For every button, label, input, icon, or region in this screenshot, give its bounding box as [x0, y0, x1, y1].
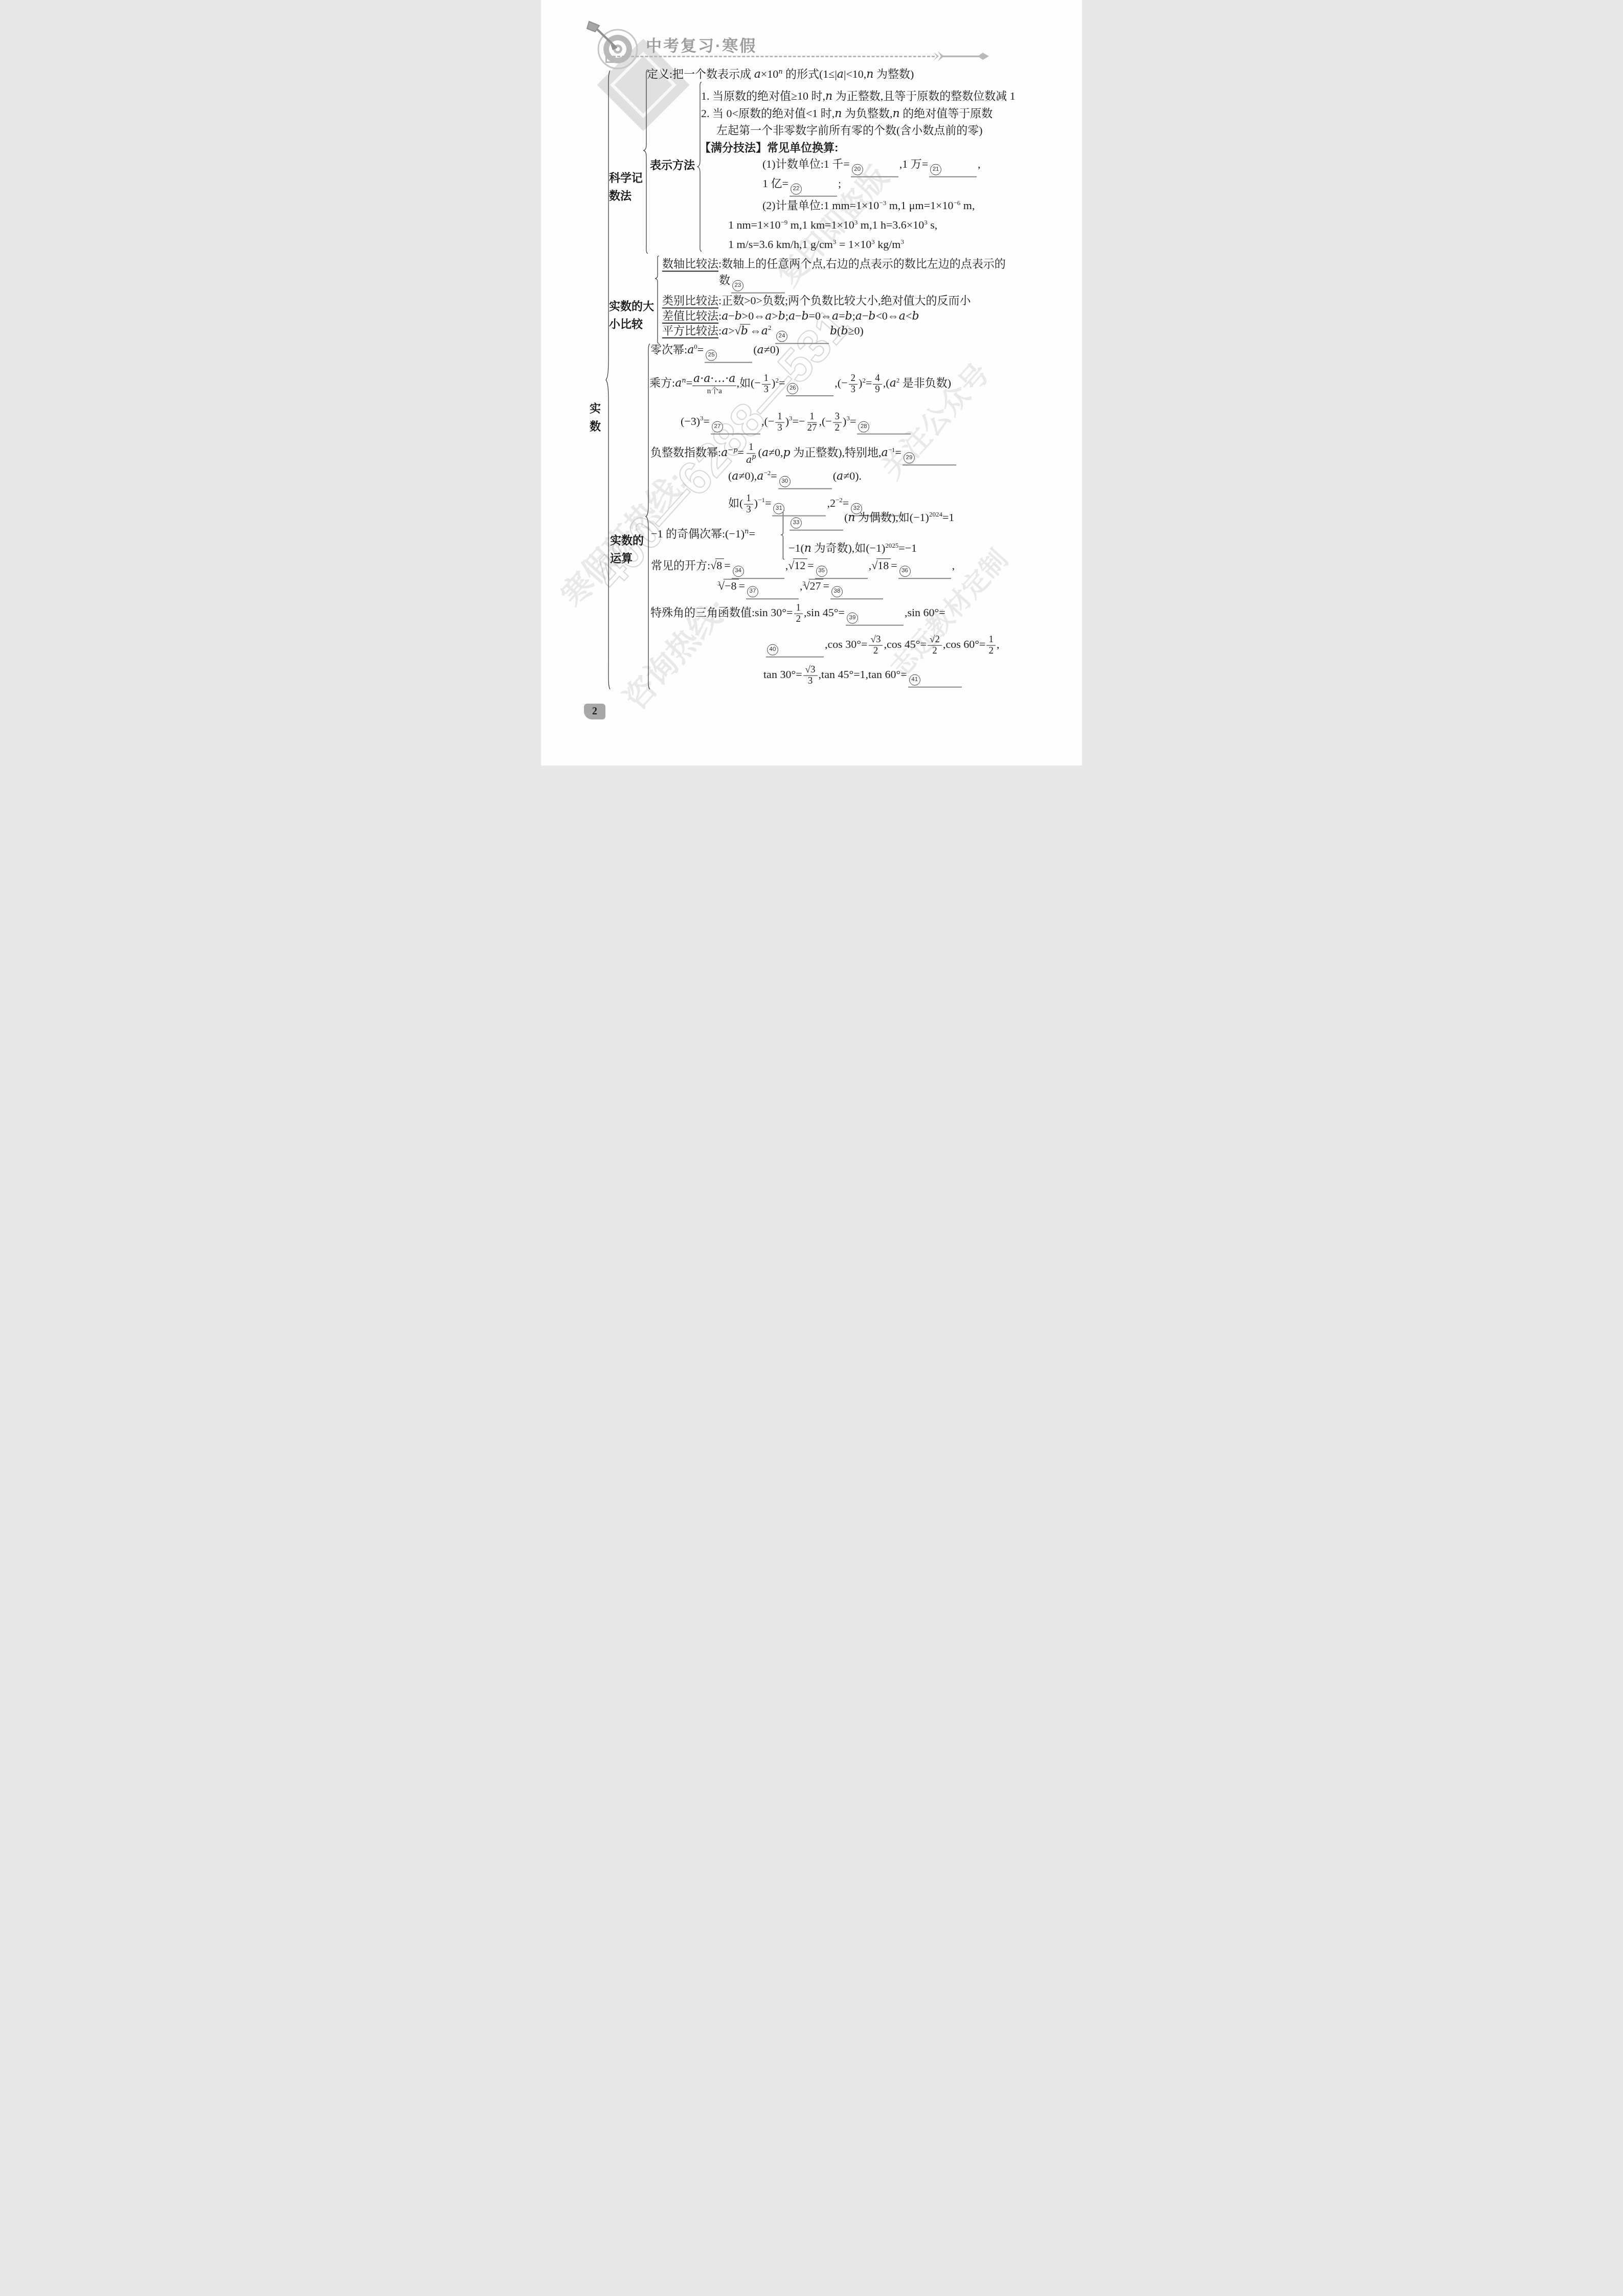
page-title: 中考复习·寒假 [646, 33, 757, 56]
row-axis-compare-2: 数23 [719, 274, 786, 294]
row-negative-exponent-1: 负整数指数幂:a−p=1ap(a≠0,p 为正整数),特别地,a−1=29 [650, 442, 957, 465]
row-square-roots: 常见的开方:√8=34,√12=35,√18=36, [651, 558, 955, 579]
label-real-numbers: 实数 [590, 364, 602, 471]
row-zero-power: 零次幂:a0=25(a≠0) [650, 343, 779, 363]
arrow-icon [934, 50, 990, 65]
row-parity-odd-case: −1(n 为奇数),如(−1)2025=−1 [788, 542, 917, 555]
row-category-compare: 类别比较法:正数>0>负数;两个负数比较大小,绝对值大的反而小 [662, 294, 971, 307]
label-size-comparison: 实数的大小比较 [609, 261, 654, 369]
brace-size-compare [655, 256, 660, 344]
target-dart-icon [586, 20, 639, 74]
row-note-1: 1. 当原数的绝对值≥10 时,n 为正整数,且等于原数的整数位数减 1 [701, 89, 1016, 103]
textbook-page: 400—6288—531 寒假班热线: 咨询热线: 复印即盗版 关注公众号 志远… [541, 0, 1082, 766]
row-cube-examples: (−3)3=27,(−13)3=−127,(−32)3=28 [681, 412, 912, 435]
row-trig-values-3: tan 30°=√33,tan 45°=1,tan 60°=41 [763, 665, 963, 688]
row-negative-exponent-2: (a≠0),a−2=30(a≠0). [728, 469, 862, 489]
row-measure-units-3: 1 m/s=3.6 km/h,1 g/cm3 = 1×103 kg/m3 [728, 238, 904, 251]
label-operations: 实数的运算 [610, 496, 644, 603]
row-definition: 定义:把一个数表示成 a×10n 的形式(1≤|a|<10,n 为整数) [647, 67, 914, 81]
page-number-badge: 2 [584, 704, 605, 719]
row-note-2b: 左起第一个非零数字前所有零的个数(含小数点前的零) [716, 124, 983, 137]
row-counting-units-2: 1 亿=22; [762, 177, 841, 197]
divider-dashed-line [613, 56, 935, 57]
row-power: 乘方:an=a·a·…·an个a,如(−13)2=26,(−23)2=49,(a… [649, 373, 951, 396]
row-parity-even-case: 33(n 为偶数),如(−1)2024=1 [788, 511, 954, 531]
row-measure-units-1: (2)计量单位:1 mm=1×10−3 m,1 μm=1×10−6 m, [762, 199, 975, 212]
row-tip-title: 【满分技法】常见单位换算: [700, 141, 838, 154]
row-trig-values-1: 特殊角的三角函数值:sin 30°=12,sin 45°=39,sin 60°= [650, 603, 945, 626]
brace-parity-cases [780, 510, 785, 559]
row-square-compare: 平方比较法:a>√b⇔a2 24b(b≥0) [662, 324, 864, 344]
row-note-2a: 2. 当 0<原数的绝对值<1 时,n 为负整数,n 的绝对值等于原数 [701, 107, 993, 120]
label-scientific-notation: 科学记数法 [609, 133, 643, 240]
row-difference-compare: 差值比较法:a−b>0⇔a>b;a−b=0⇔a=b;a−b<0⇔a<b [662, 309, 919, 323]
label-representation-method: 表示方法 [650, 156, 695, 174]
brace-scientific-notation [643, 70, 648, 254]
row-trig-values-2: 40,cos 30°=√32,cos 45°=√22,cos 60°=12, [765, 635, 999, 658]
row-cube-roots: 3√−8=37,3√27=38 [717, 579, 884, 599]
row-parity-label: −1 的奇偶次幂:(−1)n= [651, 527, 755, 540]
row-measure-units-2: 1 nm=1×10−9 m,1 km=1×103 m,1 h=3.6×103 s… [728, 218, 937, 231]
row-axis-compare-1: 数轴比较法:数轴上的任意两个点,右边的点表示的数比左边的点表示的 [662, 257, 1006, 270]
row-counting-units-1: (1)计数单位:1 千=20,1 万=21, [762, 157, 981, 177]
